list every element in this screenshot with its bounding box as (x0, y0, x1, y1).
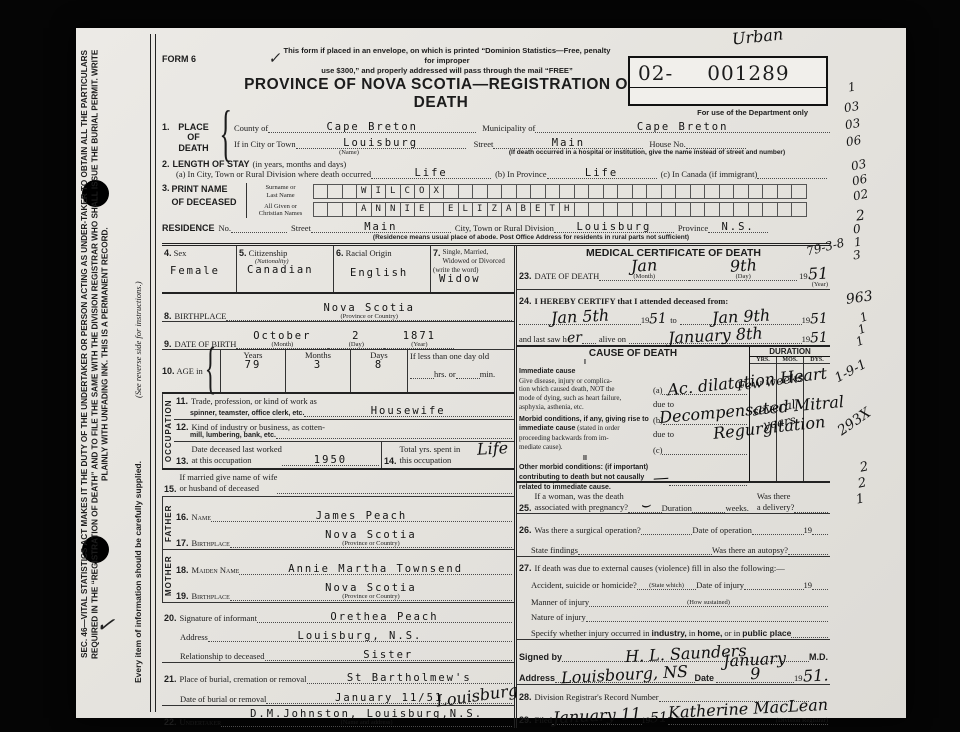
specify-or-in: or in (724, 628, 740, 638)
item-7-marital: 7. Single, Married, Widowed or Divorced … (430, 246, 514, 292)
item-14-total-years: 14. Total yrs. spent in this occupation … (381, 442, 514, 468)
immediate-cause-label: Immediate cause (519, 368, 651, 377)
item-14-no: 14. (384, 456, 397, 466)
right-margin-annotations: 1030306030602201379-3-89631111-9-1293X22… (834, 28, 906, 718)
attended-to-year: 51 (810, 312, 828, 326)
medical-column: MEDICAL CERTIFICATE OF DEATH 23. DATE OF… (514, 246, 830, 727)
item-18-no: 18. (176, 565, 189, 575)
item-2-length-of-stay: 2. LENGTH OF STAY (in years, months and … (162, 159, 830, 179)
letter-cell (749, 202, 764, 217)
pregnancy-duration-label: Duration (662, 503, 692, 513)
letter-cell: O (415, 184, 430, 199)
letter-cell (633, 184, 648, 199)
letter-cell (720, 184, 735, 199)
undertaker-value: D.M.Johnston, Louisburg,N.S. (250, 709, 483, 720)
filed-19: 19 (642, 715, 651, 725)
residence-city-label: City, Town or Rural Division (455, 223, 554, 233)
last-saw-her: er (567, 331, 583, 344)
letter-cell (604, 202, 619, 217)
letter-cell (502, 184, 517, 199)
accident-label: Accident, suicide or homicide? (531, 580, 637, 590)
medical-certificate-title: MEDICAL CERTIFICATE OF DEATH (519, 247, 828, 259)
item-10-no: 10. (162, 366, 175, 376)
last-saw-year: 51 (810, 331, 828, 345)
mother-name-value: Annie Martha Townsend (288, 564, 463, 575)
burial-date-value: January 11/51 (335, 693, 443, 704)
item-16-father-name: 16. Name James Peach (176, 498, 512, 522)
item-3-print-name: 3. PRINT NAME OF DECEASED Surname or Las… (162, 183, 830, 218)
paper-sheet: SEC. 46—VITAL STATISTICS ACT MAKES IT TH… (76, 28, 906, 718)
registration-number-value: 001289 (707, 61, 789, 85)
age-min-label: min. (480, 369, 495, 379)
letter-cell (459, 184, 474, 199)
attended-from-year: 51 (649, 312, 667, 326)
county-label: County of (234, 123, 268, 133)
letter-cell: H (560, 202, 575, 217)
death-year-value: 51 (807, 266, 828, 281)
birthplace-value: Nova Scotia (323, 303, 415, 314)
margin-annotation: 02 (852, 187, 870, 204)
birthplace-label: BIRTHPLACE (175, 311, 227, 321)
item-26-operation: 26. Was there a surgical operation? Date… (517, 514, 830, 557)
physician-19: 19 (794, 673, 803, 683)
letter-cell: Z (488, 202, 503, 217)
specify-public-place: public place (742, 628, 791, 638)
state-which-caption: (State which) (637, 582, 697, 589)
item-4-sex: 4. Sex Female (162, 246, 236, 292)
item-18-mother-name: 18. Maiden Name Annie Martha Townsend (176, 551, 512, 575)
letter-cell: L (386, 184, 401, 199)
informant-label: Signature of informant (180, 613, 257, 623)
letter-cell: T (546, 202, 561, 217)
letter-cell (691, 202, 706, 217)
state-findings-label: State findings (531, 545, 578, 555)
item-27-no: 27. (519, 563, 532, 573)
items-4-7-row: 4. Sex Female 5. Citizenship (Nationalit… (162, 246, 514, 294)
dept-box-caption: For use of the Department only (697, 108, 808, 117)
letter-cell (705, 202, 720, 217)
item-26-no: 26. (519, 525, 532, 535)
duration-mos: MOS. (776, 357, 803, 363)
item-2-no: 2. (162, 159, 170, 169)
delivery-label: Was there a delivery? (757, 491, 795, 513)
citizenship-value: Canadian (247, 265, 314, 276)
letter-cell: A (357, 202, 372, 217)
record-number-label: Division Registrar's Record Number (535, 692, 659, 702)
manner-injury-label: Manner of injury (531, 597, 589, 607)
last-saw-label: and last saw h (519, 334, 567, 344)
letter-cell (560, 184, 575, 199)
mother-name-label: Maiden Name (192, 565, 240, 575)
letter-cell (604, 184, 619, 199)
stay-province-label: (b) In Province (495, 169, 546, 179)
given-names-letter-grid: ANNIEELIZABETH (313, 202, 830, 217)
birthplace-caption: (Province or Country) (226, 313, 512, 320)
cause-of-death-title: CAUSE OF DEATH (519, 348, 747, 359)
item-29-filed: 29. Filed January 11 1951 Katherine MacL… (517, 702, 830, 727)
specify-home: home, (697, 628, 722, 638)
letter-cell (647, 184, 662, 199)
item-19-no: 19. (176, 591, 189, 601)
operation-19: 19 (804, 525, 813, 535)
item-3-no: 3. (162, 183, 170, 218)
mother-birthplace-caption: (Province or Country) (230, 593, 512, 600)
item-1-label: PLACE OF DEATH (170, 122, 218, 156)
letter-cell (763, 184, 778, 199)
letter-cell (589, 202, 604, 217)
autopsy-label: Was there an autopsy? (712, 545, 788, 555)
residence-label: RESIDENCE (162, 223, 215, 233)
residence-province-label: Province (678, 223, 708, 233)
sex-label: Sex (174, 248, 187, 258)
operation-label: Was there a surgical operation? (535, 525, 641, 535)
duration-dys: DYS. (803, 357, 830, 363)
letter-cell: A (502, 202, 517, 217)
letter-cell (589, 184, 604, 199)
father-name-value: James Peach (316, 511, 408, 522)
age-days-value: 8 (375, 360, 383, 371)
death-month-value: Jan (631, 258, 658, 274)
form-header: FORM 6 ✓ This form if placed in an envel… (162, 32, 830, 120)
letter-cell (473, 184, 488, 199)
letter-cell (691, 184, 706, 199)
father-name-label: Name (192, 512, 211, 522)
item-12-industry: 12. Kind of industry or business, as cot… (174, 420, 514, 442)
stay-canada-label: (c) In Canada (if immigrant) (661, 169, 758, 179)
registration-number-prefix: 02- (638, 61, 673, 85)
letter-cell (705, 184, 720, 199)
letter-cell (531, 184, 546, 199)
margin-annotation: 963 (845, 288, 874, 308)
trade-value: Housewife (371, 406, 446, 417)
margin-annotation: 2 (857, 475, 868, 491)
item-15-spouse: 15. If married give name of wife or husb… (162, 470, 514, 497)
item-24-no: 24. (519, 296, 532, 306)
letter-cell (444, 184, 459, 199)
county-value: Cape Breton (326, 122, 418, 133)
mother-birthplace-value: Nova Scotia (325, 583, 417, 594)
item-20-informant: 20. Signature of informant Orethea Peach… (162, 603, 514, 663)
item-13-last-worked: 13. Date deceased last worked at this oc… (174, 442, 381, 468)
letter-cell (662, 184, 677, 199)
letter-cell: B (517, 202, 532, 217)
pregnancy-squiggle: ⌣ (639, 498, 650, 513)
hospital-caption: (If death occurred in a hospital or inst… (464, 149, 830, 156)
mother-block: MOTHER 18. Maiden Name Annie Martha Town… (162, 550, 514, 603)
item-22-no: 22. (164, 717, 177, 727)
item-22-undertaker: 22. Undertaker D.M.Johnston, Louisburg,N… (162, 706, 514, 727)
father-birthplace-caption: (Province or Country) (230, 540, 512, 547)
external-causes-label: If death was due to external causes (vio… (535, 563, 785, 573)
injury-date-label: Date of injury (696, 580, 744, 590)
item-28-no: 28. (519, 692, 532, 702)
sec46-duty-text: SEC. 46—VITAL STATISTICS ACT MAKES IT TH… (80, 36, 120, 672)
item-23-no: 23. (519, 271, 532, 281)
margin-annotation: 06 (845, 133, 862, 149)
letter-cell (720, 202, 735, 217)
dob-year: 1871 (403, 331, 436, 342)
letter-cell (633, 202, 648, 217)
municipality-label: Municipality of (482, 123, 535, 133)
letter-cell (792, 184, 807, 199)
scanned-death-registration: SEC. 46—VITAL STATISTICS ACT MAKES IT TH… (0, 0, 960, 732)
mail-free-notice: This form if placed in an envelope, on w… (282, 46, 612, 76)
due-to-2: due to (653, 429, 674, 439)
last-worked-label: Date deceased last worked at this occupa… (192, 444, 282, 466)
age-brace: { (205, 339, 217, 404)
letter-cell: E (531, 202, 546, 217)
item-11-no: 11. (176, 396, 188, 406)
dob-day-caption: (Day) (328, 341, 384, 348)
item-17-father-birthplace: 17. Birthplace Nova Scotia (Province or … (176, 522, 512, 548)
street-label: Street (474, 139, 494, 149)
residence-province-value: N.S. (721, 222, 754, 233)
margin-annotation: 1 (855, 491, 866, 507)
total-years-label: Total yrs. spent in this occupation (400, 444, 461, 466)
personal-column: 4. Sex Female 5. Citizenship (Nationalit… (162, 246, 514, 727)
residence-no-label: No. (219, 223, 232, 233)
signed-by-label: Signed by (519, 652, 562, 662)
item-29-no: 29. (519, 715, 532, 725)
injury-19: 19 (804, 580, 813, 590)
sex-value: Female (170, 266, 220, 277)
letter-cell: N (386, 202, 401, 217)
letter-cell: E (444, 202, 459, 217)
age-label: AGE in (177, 366, 203, 376)
letter-cell (343, 202, 358, 217)
age-years-value: 79 (245, 360, 262, 371)
industry-label-1: Kind of industry or business, as cotten- (192, 422, 325, 432)
filed-date-value: January 11 (552, 707, 641, 726)
burial-place-label: Place of burial, cremation or removal (180, 674, 307, 684)
letter-cell (792, 202, 807, 217)
letter-cell (734, 202, 749, 217)
letter-cell (313, 184, 329, 199)
marital-value: Widow (439, 274, 481, 285)
physician-address-label: Address (519, 673, 555, 683)
handwritten-scribble: Urban (731, 27, 783, 47)
filed-label: Filed (535, 715, 552, 725)
street-value: Main (552, 138, 585, 149)
burial-date-label: Date of burial or removal (180, 694, 266, 704)
item-25-no: 25. (519, 503, 532, 513)
letter-cell: E (415, 202, 430, 217)
department-number-box: 02- 001289 (628, 56, 828, 106)
checkmark-item21: ✓ (95, 615, 116, 637)
cause-c-label: (c) (653, 445, 662, 455)
left-margin-notes: (See reverse side for instructions.) Eve… (132, 28, 150, 718)
dob-month: October (253, 331, 311, 342)
letter-cell (778, 184, 793, 199)
death-year-caption: (Year) (519, 281, 828, 288)
item-27-external-causes: 27. If death was due to external causes … (517, 557, 830, 640)
occupation-vertical-label: OCCUPATION (162, 394, 174, 468)
attended-to-label: to (670, 315, 677, 325)
cause-roman-i: I (519, 359, 651, 368)
letter-cell (575, 184, 590, 199)
specify-injury-label: Specify whether injury occurred in (531, 628, 650, 638)
specify-in: in (689, 628, 696, 638)
margin-annotation: 1 (847, 79, 857, 94)
physician-year-value: 51. (802, 668, 828, 684)
age-hrs-label: hrs. or (434, 369, 456, 379)
letter-cell (328, 184, 343, 199)
item-6-racial-origin: 6. Racial Origin English (333, 246, 430, 292)
residence-street-label: Street (291, 223, 311, 233)
racial-origin-label: Racial Origin (346, 248, 392, 258)
dob-day: 2 (352, 331, 360, 342)
item-1-no: 1. (162, 122, 170, 156)
informant-address-label: Address (180, 632, 208, 642)
how-sustained-caption: (How sustained) (589, 599, 828, 606)
last-saw-date: January 8th (668, 326, 763, 345)
item-20-no: 20. (164, 613, 177, 623)
informant-relationship-value: Sister (363, 650, 413, 661)
residence-street-value: Main (364, 222, 397, 233)
other-morbid-dash: — (653, 471, 670, 486)
surname-sublabel: Surname or Last Name (249, 184, 313, 200)
form-title: PROVINCE OF NOVA SCOTIA—REGISTRATION OF … (226, 76, 656, 112)
attended-from-value: Jan 5th (550, 308, 609, 325)
margin-annotation: 03 (843, 99, 860, 115)
item-11-trade: 11. Trade, profession, or kind of work a… (174, 394, 514, 420)
margin-annotation: 03 (844, 116, 861, 132)
duration-yrs: YRS. (750, 357, 776, 363)
letter-cell: L (459, 202, 474, 217)
item-15-no: 15. (164, 484, 177, 494)
mother-birthplace-label: Birthplace (192, 591, 230, 601)
letter-cell (575, 202, 590, 217)
medical-certificate-header: MEDICAL CERTIFICATE OF DEATH 23. DATE OF… (517, 246, 830, 290)
pregnancy-weeks-label: weeks. (725, 503, 748, 513)
dept-box-blank (630, 88, 826, 104)
see-reverse-note: (See reverse side for instructions.) (133, 178, 143, 398)
letter-cell (488, 184, 503, 199)
letter-cell (676, 184, 691, 199)
letter-cell (734, 184, 749, 199)
municipality-value: Cape Breton (637, 122, 729, 133)
letter-cell: I (372, 184, 387, 199)
last-worked-value: 1950 (314, 455, 347, 466)
physician-address-value: Louisbourg, NS (561, 664, 689, 685)
physician-date-value: January 9 (715, 651, 794, 684)
stay-division-label: (a) In City, Town or Rural Division wher… (176, 169, 371, 179)
letter-cell (662, 202, 677, 217)
item-16-no: 16. (176, 512, 189, 522)
letter-cell (647, 202, 662, 217)
physician-date-label: Date (695, 673, 715, 683)
item-23-date-of-death: 23. DATE OF DEATH Jan (Month) 9th (Day) … (519, 259, 828, 281)
city-town-label: If in City or Town (234, 139, 296, 149)
checkmark-notice: ✓ (268, 52, 281, 66)
house-no-label: House No. (649, 139, 685, 149)
nature-injury-label: Nature of injury (531, 612, 586, 622)
informant-address-value: Louisburg, N.S. (298, 631, 423, 642)
cause-roman-ii: II (519, 455, 651, 464)
immediate-cause-description: Give disease, injury or complica- tion w… (519, 377, 651, 412)
item-19-mother-birthplace: 19. Birthplace Nova Scotia (Province or … (176, 575, 512, 601)
father-vertical-label: FATHER (162, 497, 174, 549)
item-24-attended: 24. I HEREBY CERTIFY that I attended dec… (517, 290, 830, 347)
letter-cell (676, 202, 691, 217)
citizenship-label: Citizenship (249, 248, 288, 258)
items-13-14-row: 13. Date deceased last worked at this oc… (174, 442, 514, 468)
letter-cell (430, 202, 445, 217)
burial-place-value: St Bartholmew's (347, 673, 472, 684)
letter-cell: I (473, 202, 488, 217)
stay-province-value: Life (585, 168, 618, 179)
item-7-no: 7. (433, 248, 441, 258)
item-1-brace: { (220, 98, 232, 180)
item-10-age: 10. AGE in { Years 79 Months 3 Days 8 (162, 350, 514, 394)
operation-date-label: Date of operation (692, 525, 751, 535)
item-21-burial: 21. Place of burial, cremation or remova… (162, 663, 514, 706)
item-9-no: 9. (164, 339, 172, 349)
industry-label-2: mill, lumbering, bank, etc. (190, 432, 276, 439)
letter-cell (313, 202, 329, 217)
registration-number: 02- 001289 (630, 58, 826, 88)
item-21-no: 21. (164, 674, 177, 684)
informant-value: Orethea Peach (330, 612, 438, 623)
item-13-no: 13. (176, 456, 189, 466)
letter-cell (618, 202, 633, 217)
dob-year-caption: (Year) (384, 341, 454, 348)
letter-cell: C (401, 184, 416, 199)
spouse-label: If married give name of wife or husband … (180, 472, 278, 494)
duration-header: DURATION (750, 347, 830, 357)
every-item-note: Every item of information should be care… (133, 423, 143, 683)
letter-cell (328, 202, 343, 217)
form-number: FORM 6 (162, 54, 196, 64)
surname-letter-grid: WILCOX (313, 184, 830, 199)
letter-cell (618, 184, 633, 199)
item-8-no: 8. (164, 311, 172, 321)
item-12-no: 12. (176, 422, 189, 432)
cause-a-label: (a) (653, 385, 662, 395)
item-17-no: 17. (176, 538, 189, 548)
residence-row: RESIDENCE No. Street Main City, Town or … (162, 222, 830, 241)
form-body: FORM 6 ✓ This form if placed in an envel… (156, 28, 834, 718)
item-4-no: 4. (164, 248, 172, 258)
dob-month-caption: (Month) (236, 341, 328, 348)
age-less-label: If less than one day old (410, 351, 512, 361)
informant-relationship-label: Relationship to deceased (180, 651, 265, 661)
pregnancy-label: If a woman, was the death associated wit… (535, 491, 628, 513)
specify-industry: industry, (652, 628, 687, 638)
father-birthplace-value: Nova Scotia (325, 530, 417, 541)
letter-cell (763, 202, 778, 217)
stay-division-value: Life (414, 168, 447, 179)
margin-annotation: 293X (835, 405, 874, 439)
other-morbid-label: Other morbid conditions: (if important) … (519, 464, 648, 491)
undertaker-label: Undertaker (180, 717, 222, 727)
item-8-birthplace: 8. BIRTHPLACE Nova Scotia (Province or C… (162, 294, 514, 322)
item-5-no: 5. (239, 248, 247, 258)
occupation-block: OCCUPATION 11. Trade, profession, or kin… (162, 394, 514, 470)
death-year-printed: 19 (799, 271, 808, 281)
residence-city-value: Louisburg (576, 222, 651, 233)
father-birthplace-label: Birthplace (192, 538, 230, 548)
death-day-value: 9th (729, 258, 757, 274)
item-6-no: 6. (336, 248, 344, 258)
city-town-value: Louisburg (343, 138, 418, 149)
marital-label: Single, Married, Widowed or Divorced (wr… (433, 248, 512, 274)
item-2-sublabel: (in years, months and days) (253, 159, 347, 169)
letter-cell: W (357, 184, 372, 199)
form-columns: 4. Sex Female 5. Citizenship (Nationalit… (162, 243, 830, 727)
item-1-place-of-death: 1. PLACE OF DEATH { County of Cape Breto… (162, 122, 830, 156)
letter-cell (343, 184, 358, 199)
